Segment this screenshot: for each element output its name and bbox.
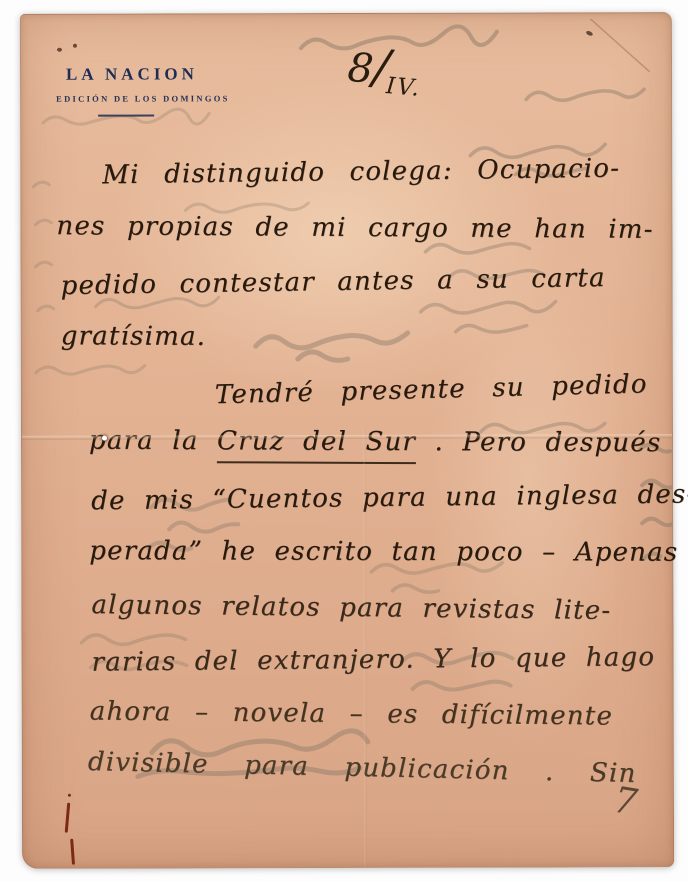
letterhead-brand: LA NACION <box>66 64 198 84</box>
handwritten-line: divisible para publicación . Sin <box>88 747 637 789</box>
handwritten-line: pedido contestar antes a su carta <box>60 263 606 301</box>
handwritten-line: de mis “Cuentos para una inglesa des- <box>91 479 688 516</box>
scan-background: LA NACION EDICIÓN DE LOS DOMINGOS 8/IV. … <box>0 0 688 882</box>
handwritten-line: perada” he escrito tan poco – Apenas <box>89 536 678 568</box>
catchword-mark: 7 <box>611 780 640 824</box>
handwritten-date: 8/IV. <box>346 37 425 99</box>
handwritten-line: nes propias de mi cargo me han im- <box>56 211 653 245</box>
handwritten-line: Tendré presente su pedido <box>215 369 648 410</box>
handwritten-line: ahora – novela – es difícilmente <box>90 696 614 731</box>
handwritten-line: rarias del extranjero. Y lo que hago <box>91 642 655 677</box>
corner-crease <box>591 19 649 71</box>
red-ink-stain <box>65 803 71 833</box>
letter-paper: LA NACION EDICIÓN DE LOS DOMINGOS 8/IV. … <box>20 12 674 869</box>
red-ink-stain <box>68 794 71 797</box>
ink-spot <box>73 44 77 48</box>
red-ink-stain <box>70 839 75 865</box>
ink-spot <box>57 48 62 52</box>
underlined-title: Cruz del Sur <box>217 426 416 464</box>
paper-fleck <box>585 30 593 37</box>
date-month: IV. <box>385 73 422 102</box>
handwritten-line: Mi distinguido colega: Ocupacio- <box>102 154 620 191</box>
line-segment: . Pero después <box>416 427 661 458</box>
handwritten-line: gratísima. <box>61 321 207 352</box>
handwritten-line: para la Cruz del Sur . Pero después <box>89 426 662 458</box>
pinhole <box>102 436 107 441</box>
line-segment: para la <box>89 426 217 457</box>
letterhead-rule <box>98 115 154 117</box>
letterhead: LA NACION EDICIÓN DE LOS DOMINGOS <box>21 13 671 15</box>
letterhead-subtitle: EDICIÓN DE LOS DOMINGOS <box>56 93 230 103</box>
handwritten-line: algunos relatos para revistas lite- <box>91 590 611 626</box>
